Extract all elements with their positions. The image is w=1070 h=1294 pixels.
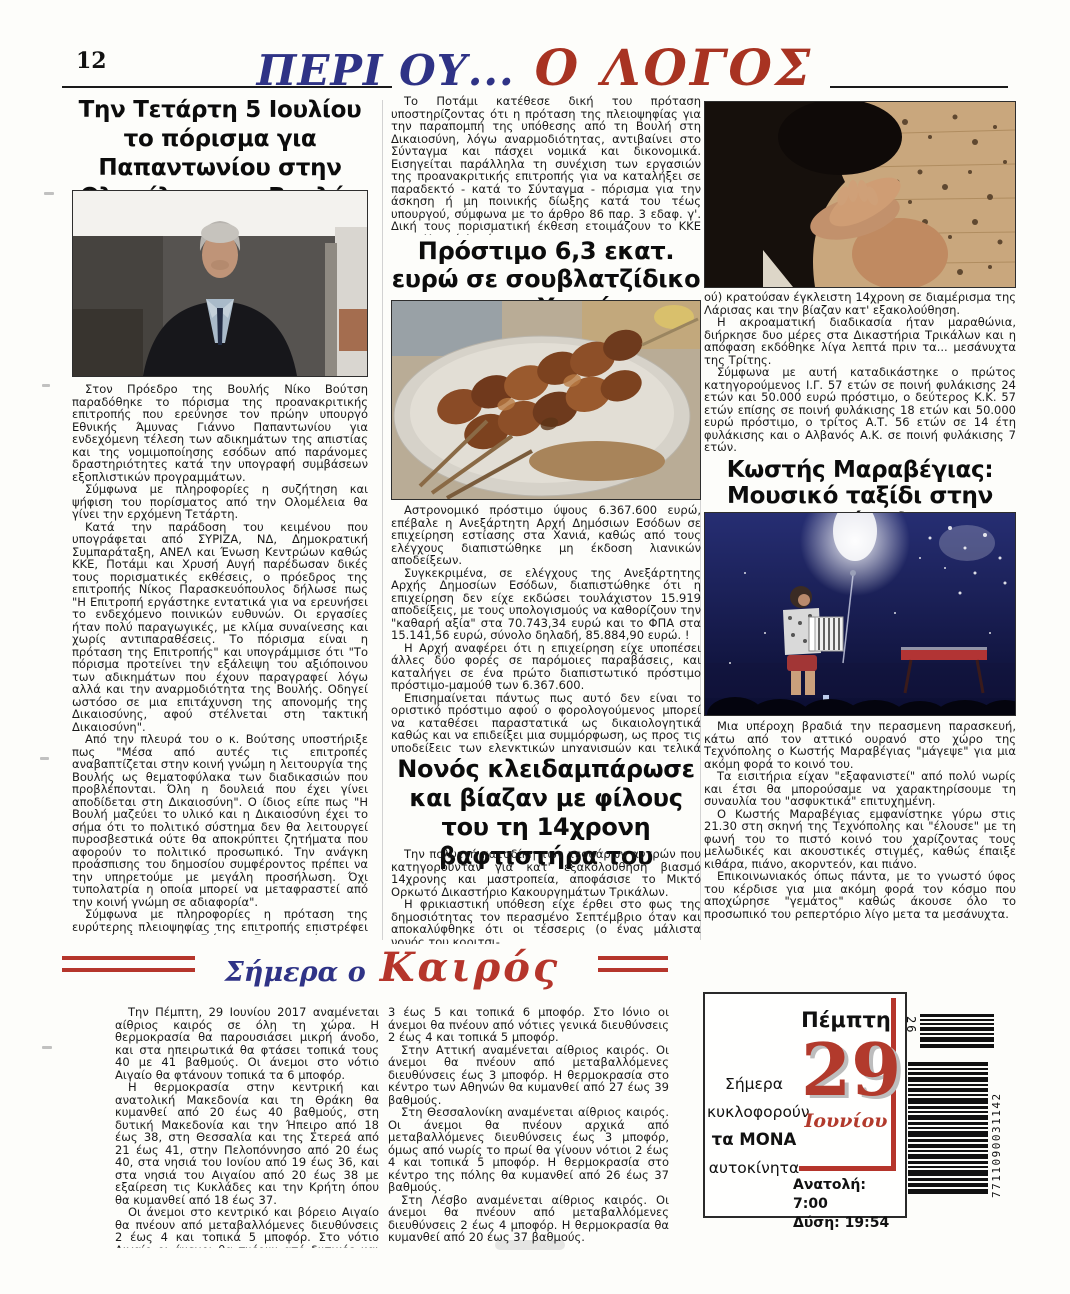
paragraph: Η φρικιαστική υπόθεση είχε έρθει στο φως… (391, 898, 701, 944)
margin-mark (44, 192, 54, 195)
notice-line: τα ΜΟΝΑ (707, 1126, 801, 1154)
paragraph: Η Αρχή αναφέρει ότι η επιχείρηση είχε υπ… (391, 642, 701, 692)
weather-column-1: Την Πέμπτη, 29 Ιουνίου 2017 αναμένεται α… (115, 1006, 379, 1248)
paragraph: Συγκεκριμένα, σε ελέγχους της Ανεξάρτητη… (391, 567, 701, 642)
masthead: ΠΕΡΙ ΟΥ... Ο ΛΟΓΟΣ (240, 38, 830, 97)
masthead-right: Ο ΛΟΓΟΣ (535, 38, 814, 97)
calendar-month: Ιουνίου (801, 1110, 891, 1132)
paragraph: Στην Αττική αναμένεται αίθριος καιρός. Ο… (388, 1044, 669, 1107)
photo-crying-girl (704, 101, 1016, 288)
page-number: 12 (76, 48, 107, 74)
column-rule (382, 100, 383, 940)
paragraph: Μια υπέροχη βραδιά την περασμενη παρασκε… (704, 720, 1016, 770)
article-fine-body: Αστρονομικό πρόστιμο ύψους 6.367.600 ευρ… (391, 504, 701, 752)
paragraph: Ο Κωστής Μαραβέγιας εμφανίστηκε γύρω στι… (704, 808, 1016, 871)
photo-papantoniou (72, 190, 368, 377)
sun-times: Ανατολή: 7:00 Δύση: 19:54 (793, 1176, 901, 1233)
barcode: 26 7711090031142 (904, 1010, 1004, 1210)
paragraph: Τα εισιτήρια είχαν "εξαφανιστεί" από πολ… (704, 770, 1016, 808)
sunset-time: Δύση: 19:54 (793, 1214, 901, 1233)
photo-souvlaki (391, 300, 701, 500)
article-potami-body: Το Ποτάμι κατέθεσε δική του πρόταση υποσ… (391, 95, 701, 235)
paragraph: Στη Θεσσαλονίκη αναμένεται αίθριος καιρό… (388, 1106, 669, 1194)
barcode-number: 7711090031142 (990, 1062, 1003, 1198)
odd-plates-notice: Σήμερα κυκλοφορούν τα ΜΟΝΑ αυτοκίνητα (707, 1070, 801, 1182)
paragraph: Την Πέμπτη, 29 Ιουνίου 2017 αναμένεται α… (115, 1006, 379, 1081)
notice-line: αυτοκίνητα (707, 1154, 801, 1182)
paragraph: 3 έως 5 και τοπικά 6 μποφόρ. Στο Ιόνιο ο… (388, 1006, 669, 1044)
margin-mark (42, 384, 50, 387)
paragraph: Κατά την παράδοση του κειμένου που υπογρ… (72, 521, 368, 734)
paragraph: ού) κρατούσαν έγκλειστη 14χρονη σε διαμέ… (704, 291, 1016, 316)
paragraph: Το Ποτάμι κατέθεσε δική του πρόταση υποσ… (391, 95, 701, 235)
sunrise-time: Ανατολή: 7:00 (793, 1176, 901, 1214)
weather-banner-rule-right (598, 956, 668, 972)
header-rule-left (62, 86, 392, 88)
paragraph: Στη Λέσβο αναμένεται αίθριος καιρός. Οι … (388, 1194, 669, 1244)
paragraph: Επισημαίνεται πάντως πως αυτό δεν είναι … (391, 692, 701, 753)
paragraph: Την πολυετή καταδίκη των τεσσάρων αντρών… (391, 848, 701, 898)
paragraph: Επικοινωνιακός όπως πάντα, με το γνωστό … (704, 870, 1016, 920)
margin-mark (40, 757, 49, 760)
article-trial-body-right: ού) κρατούσαν έγκλειστη 14χρονη σε διαμέ… (704, 291, 1016, 454)
paragraph: Στον Πρόεδρο της Βουλής Νίκο Βούτση παρα… (72, 383, 368, 483)
paragraph: Η ακροαματική διαδικασία ήταν μαραθώνια,… (704, 316, 1016, 366)
photo-concert (704, 512, 1016, 716)
paragraph: Από την πλευρά του ο κ. Βούτσης υποστήρι… (72, 733, 368, 908)
paragraph: Η θερμοκρασία στην κεντρική και ανατολικ… (115, 1081, 379, 1206)
paragraph: Σύμφωνα με πληροφορίες η συζήτηση και ψή… (72, 483, 368, 521)
article-concert-body: Μια υπέροχη βραδιά την περασμενη παρασκε… (704, 720, 1016, 932)
barcode-main-bars (908, 1062, 988, 1194)
weather-column-2: 3 έως 5 και τοπικά 6 μποφόρ. Στο Ιόνιο ο… (388, 1006, 669, 1248)
weather-banner-prefix: Σήμερα ο (225, 957, 366, 988)
notice-line: Σήμερα (707, 1070, 801, 1098)
paragraph: Σύμφωνα με αυτή καταδικάστηκε ο πρώτος κ… (704, 366, 1016, 454)
article-papantoniou-body: Στον Πρόεδρο της Βουλής Νίκο Βούτση παρα… (72, 383, 368, 935)
newspaper-page: 12 ΠΕΡΙ ΟΥ... Ο ΛΟΓΟΣ Την Τετάρτη 5 Ιουλ… (0, 0, 1070, 1294)
weather-banner-rule-left (62, 956, 195, 972)
barcode-top-bars (920, 1014, 994, 1050)
calendar-box: Σήμερα κυκλοφορούν τα ΜΟΝΑ αυτοκίνητα Πέ… (703, 992, 907, 1218)
paragraph: Οι ποινές δεν έχουν ανασταλτικό χαρακτήρ… (704, 454, 1016, 455)
article-trial-body-middle: Την πολυετή καταδίκη των τεσσάρων αντρών… (391, 848, 701, 944)
margin-mark (42, 1046, 52, 1049)
weather-banner: Σήμερα ο Καιρός (200, 944, 585, 991)
calendar-date: 29 (801, 1034, 891, 1106)
header-rule-right (830, 86, 1008, 88)
paragraph: Αστρονομικό πρόστιμο ύψους 6.367.600 ευρ… (391, 504, 701, 567)
weather-banner-title: Καιρός (380, 944, 561, 991)
notice-line: κυκλοφορούν (707, 1098, 801, 1126)
barcode-issue-number: 26 (904, 1016, 918, 1034)
paragraph: Οι άνεμοι στο κεντρικό και βόρειο Αιγαίο… (115, 1206, 379, 1248)
paragraph: Σύμφωνα με πληροφορίες η πρόταση της ευρ… (72, 908, 368, 935)
